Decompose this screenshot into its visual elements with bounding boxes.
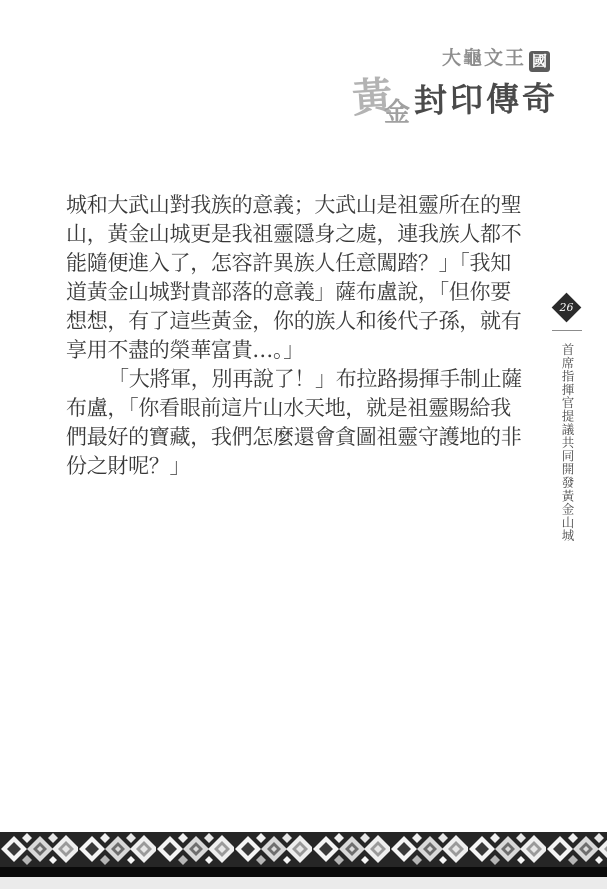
diamond-pattern-icon (0, 832, 607, 867)
series-title-rest: 封印傳奇 (414, 73, 559, 123)
body-text-line: 城和大武山對我族的意義；大武山是祖靈所在的聖 (66, 191, 526, 220)
body-text: 城和大武山對我族的意義；大武山是祖靈所在的聖 山，黃金山城更是我祖靈隱身之處，連… (66, 191, 526, 481)
series-title: 黃金封印傳奇 (352, 66, 582, 123)
chapter-title-vertical: 首席指揮官提議共同開發黃金山城 (558, 343, 576, 553)
book-page: 大龜文王國 黃金封印傳奇 城和大武山對我族的意義；大武山是祖靈所在的聖 山，黃金… (0, 0, 607, 889)
body-text-line: 布盧，「你看眼前這片山水天地，就是祖靈賜給我 (66, 394, 526, 423)
page-number-badge: 26 (552, 293, 582, 323)
footer-black-strip (0, 867, 607, 877)
footer-bottom-margin (0, 877, 607, 889)
body-text-line: 道黃金山城對貴部落的意義」薩布盧說，「但你要 (66, 278, 526, 307)
body-text-line: 們最好的寶藏，我們怎麼還會貪圖祖靈守護地的非 (66, 423, 526, 452)
sidebar-divider (552, 330, 582, 331)
footer-diamond-border (0, 832, 607, 867)
body-text-line: 能隨便進入了，怎容許異族人任意闖踏？」「我知 (66, 249, 526, 278)
body-text-line: 想想，有了這些黃金，你的族人和後代子孫，就有 (66, 307, 526, 336)
series-logo: 大龜文王國 黃金封印傳奇 (352, 48, 582, 123)
body-text-line: 份之財呢？」 (66, 452, 526, 481)
body-text-line: 山，黃金山城更是我祖靈隱身之處，連我族人都不 (66, 220, 526, 249)
series-title-char-jin: 金 (384, 92, 410, 129)
body-text-line: 「大將軍，別再說了！」布拉路揚揮手制止薩 (66, 365, 526, 394)
body-text-line: 享用不盡的榮華富貴…。」 (66, 336, 526, 365)
page-number: 26 (556, 297, 577, 318)
